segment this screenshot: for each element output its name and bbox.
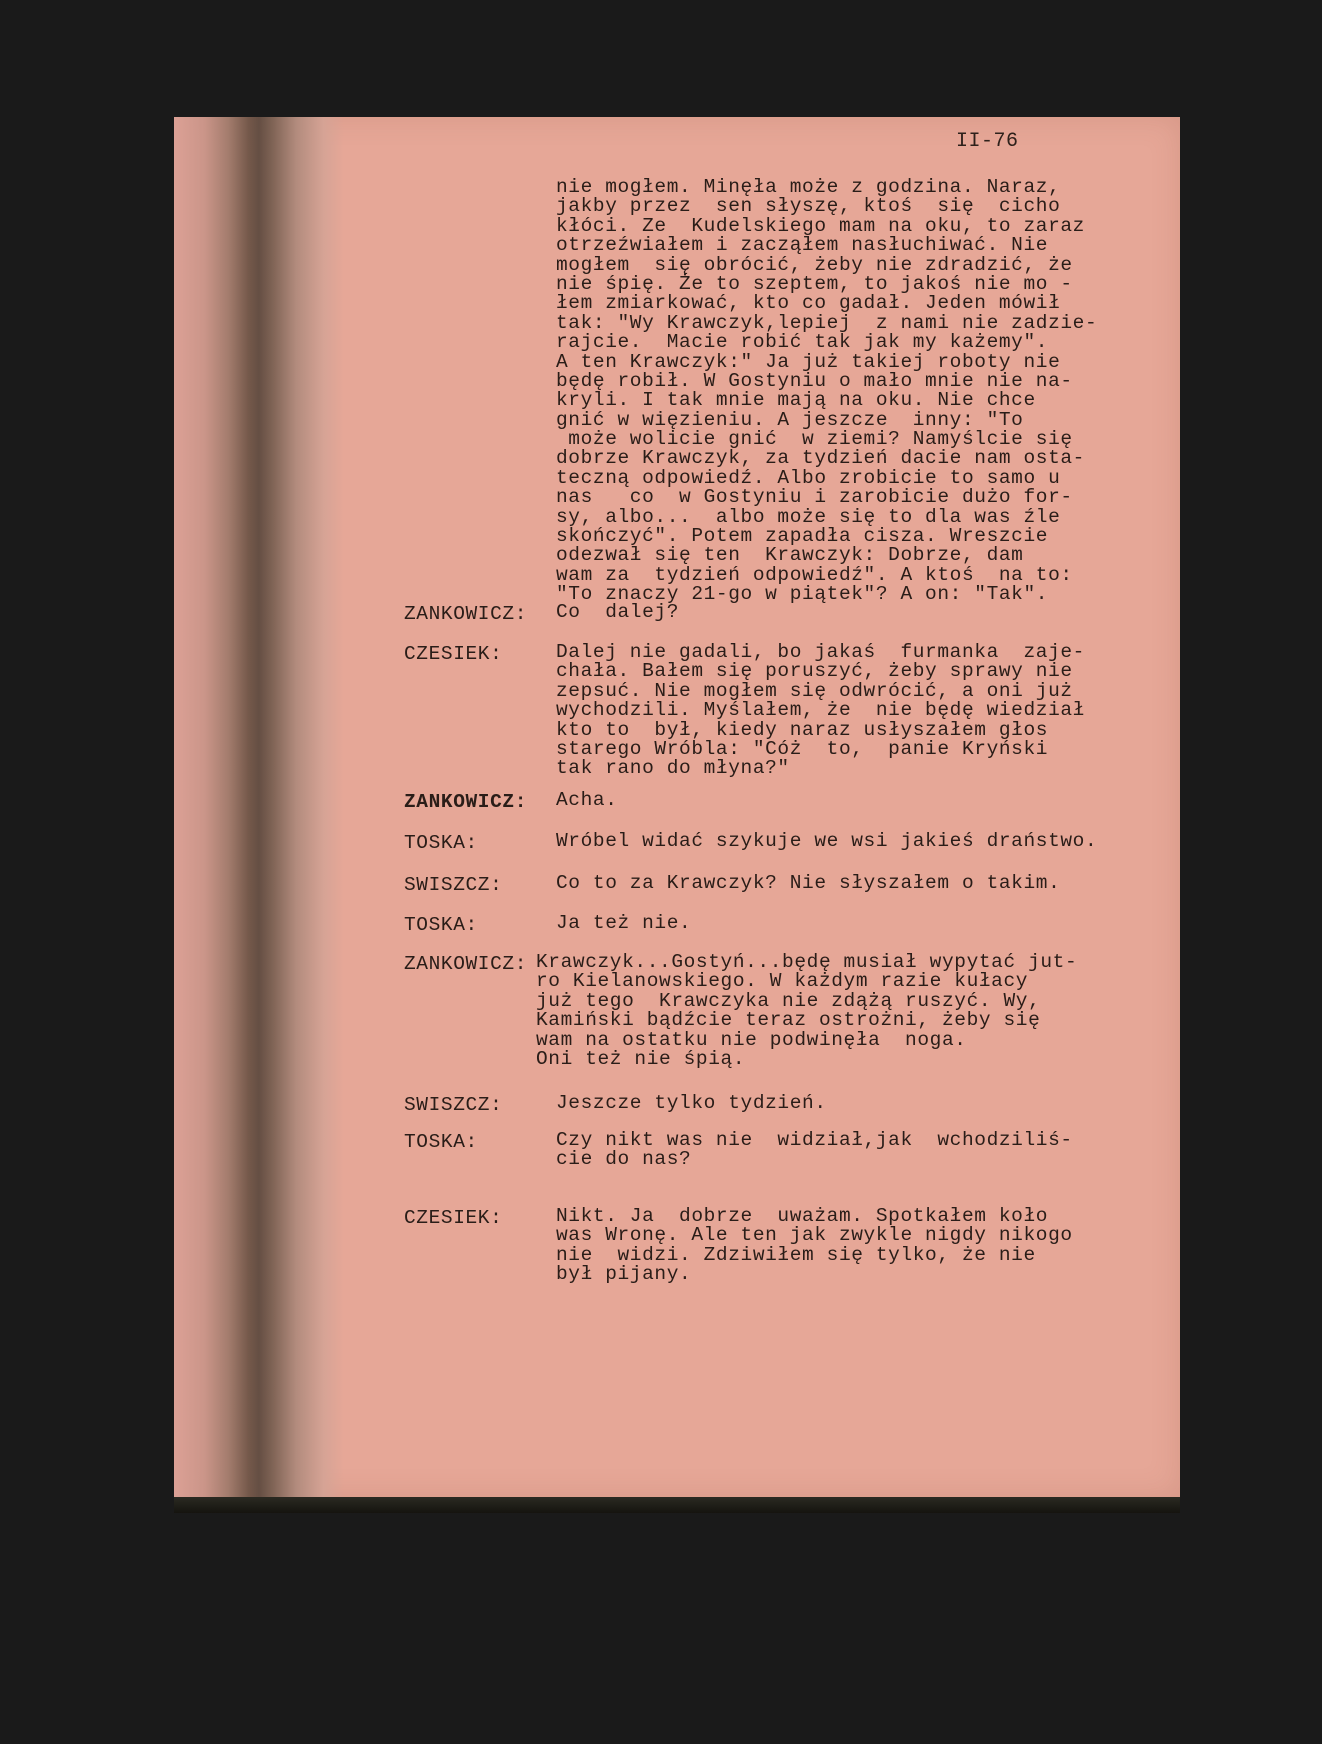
typewritten-page: II-76 nie mogłem. Minęła może z godzina.… bbox=[174, 117, 1180, 1497]
speaker-name: ZANKOWICZ: bbox=[404, 791, 527, 813]
speaker-name: TOSKA: bbox=[404, 832, 478, 854]
speaker-name: SWISZCZ: bbox=[404, 874, 502, 896]
page-number: II-76 bbox=[956, 130, 1019, 153]
speech-text: Co dalej? bbox=[556, 603, 679, 622]
text-line: Wróbel widać szykuje we wsi jakieś drańs… bbox=[556, 832, 1097, 851]
text-line: chała. Bałem się poruszyć, żeby sprawy n… bbox=[556, 662, 1085, 681]
speaker-name: TOSKA: bbox=[404, 914, 478, 936]
speech-text: Nikt. Ja dobrze uważam. Spotkałem kołowa… bbox=[556, 1207, 1073, 1285]
speech-text: Ja też nie. bbox=[556, 914, 691, 933]
text-line: Kamiński bądźcie teraz ostrożni, żeby si… bbox=[536, 1011, 1077, 1030]
text-line: cie do nas? bbox=[556, 1150, 1073, 1169]
continuation-paragraph: nie mogłem. Minęła może z godzina. Naraz… bbox=[556, 178, 1097, 605]
speech-text: Dalej nie gadali, bo jakaś furmanka zaje… bbox=[556, 643, 1085, 779]
text-line: odezwał się ten Krawczyk: Dobrze, dam bbox=[556, 546, 1097, 565]
text-line: rajcie. Macie robić tak jak my każemy". bbox=[556, 333, 1097, 352]
text-line: Acha. bbox=[556, 791, 618, 810]
speaker-name: CZESIEK: bbox=[404, 643, 502, 665]
speech-text: Co to za Krawczyk? Nie słyszałem o takim… bbox=[556, 874, 1060, 893]
text-line: Co dalej? bbox=[556, 603, 679, 622]
text-line: Ja też nie. bbox=[556, 914, 691, 933]
speech-text: Czy nikt was nie widział,jak wchodziliś-… bbox=[556, 1131, 1073, 1170]
text-line: dobrze Krawczyk, za tydzień dacie nam os… bbox=[556, 449, 1097, 468]
text-line: Jeszcze tylko tydzień. bbox=[556, 1094, 827, 1113]
speech-text: Acha. bbox=[556, 791, 618, 810]
text-line: jakby przez sen słyszę, ktoś się cicho bbox=[556, 197, 1097, 216]
speaker-name: CZESIEK: bbox=[404, 1207, 502, 1229]
text-line: łem zmiarkować, kto co gadał. Jeden mówi… bbox=[556, 294, 1097, 313]
text-line: był pijany. bbox=[556, 1265, 1073, 1284]
text-line: was Wronę. Ale ten jak zwykle nigdy niko… bbox=[556, 1226, 1073, 1245]
text-line: nas co w Gostyniu i zarobicie dużo for- bbox=[556, 488, 1097, 507]
text-line: A ten Krawczyk:" Ja już takiej roboty ni… bbox=[556, 353, 1097, 372]
speaker-name: ZANKOWICZ: bbox=[404, 603, 527, 625]
speech-text: Krawczyk...Gostyń...będę musiał wypytać … bbox=[536, 953, 1077, 1069]
speech-text: Jeszcze tylko tydzień. bbox=[556, 1094, 827, 1113]
text-line: tak rano do młyna?" bbox=[556, 759, 1085, 778]
speech-text: Wróbel widać szykuje we wsi jakieś drańs… bbox=[556, 832, 1097, 851]
text-line: otrzeźwiałem i zacząłem nasłuchiwać. Nie bbox=[556, 236, 1097, 255]
speaker-name: ZANKOWICZ: bbox=[404, 953, 527, 975]
speaker-name: SWISZCZ: bbox=[404, 1094, 502, 1116]
text-line: ro Kielanowskiego. W każdym razie kułacy bbox=[536, 972, 1077, 991]
speaker-name: TOSKA: bbox=[404, 1131, 478, 1153]
text-line: Co to za Krawczyk? Nie słyszałem o takim… bbox=[556, 874, 1060, 893]
text-line: kryli. I tak mnie mają na oku. Nie chce bbox=[556, 391, 1097, 410]
text-line: wychodzili. Myślałem, że nie będę wiedzi… bbox=[556, 701, 1085, 720]
text-line: Oni też nie śpią. bbox=[536, 1050, 1077, 1069]
